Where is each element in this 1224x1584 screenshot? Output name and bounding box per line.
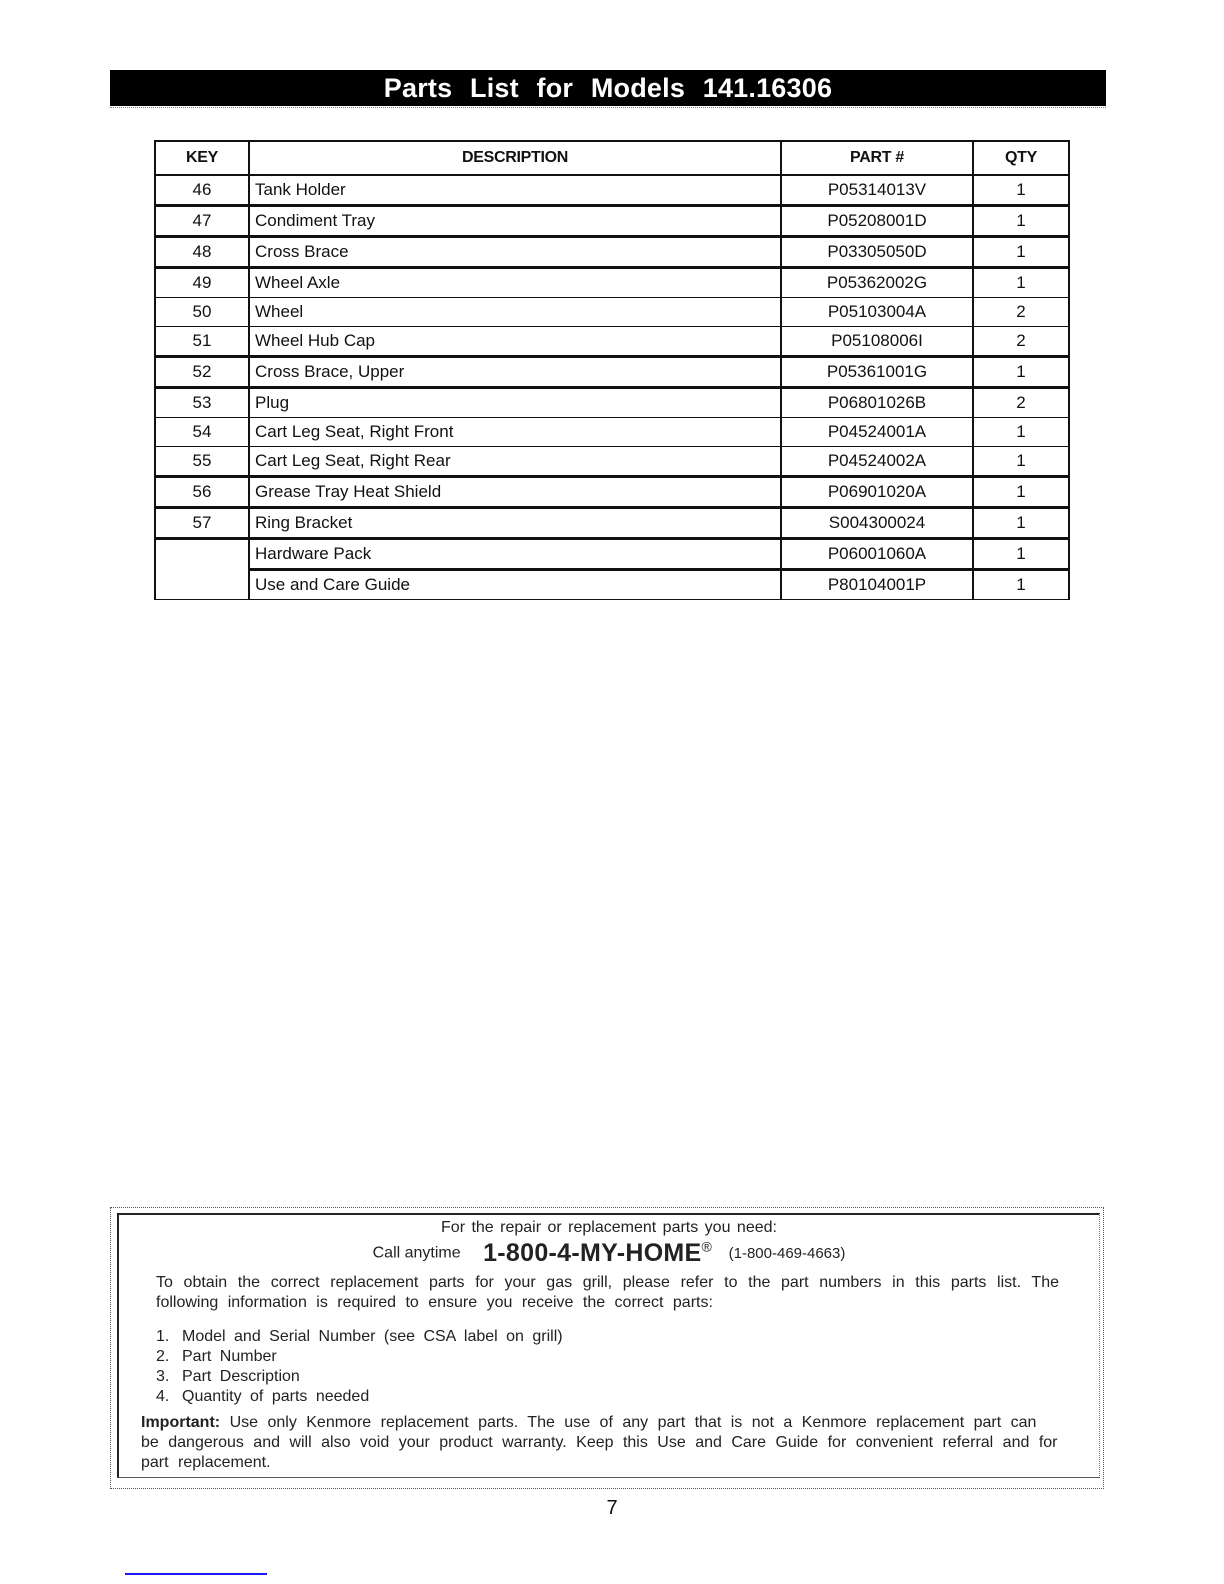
header-key: KEY [155, 141, 249, 175]
list-item: 4.Quantity of parts needed [156, 1387, 563, 1407]
table-row: 54 Cart Leg Seat, Right Front P04524001A… [155, 418, 1069, 447]
cell-qty: 1 [973, 418, 1069, 447]
cell-description: Wheel Hub Cap [249, 327, 781, 357]
cell-qty: 1 [973, 175, 1069, 206]
list-item: 3.Part Description [156, 1367, 563, 1387]
page-title: Parts List for Models 141.16306 [110, 70, 1106, 106]
cell-key: 50 [155, 298, 249, 327]
required-info-list: 1.Model and Serial Number (see CSA label… [156, 1327, 563, 1407]
table-row: 55 Cart Leg Seat, Right Rear P04524002A … [155, 447, 1069, 477]
cell-qty: 1 [973, 508, 1069, 539]
cell-part-number: P06801026B [781, 388, 973, 418]
cell-key: 54 [155, 418, 249, 447]
call-label: Call anytime [373, 1245, 461, 1262]
list-number: 1. [156, 1327, 182, 1347]
cell-key: 53 [155, 388, 249, 418]
list-text: Model and Serial Number (see CSA label o… [182, 1328, 563, 1345]
cell-part-number: P06901020A [781, 477, 973, 508]
cell-key: 51 [155, 327, 249, 357]
page-number: 7 [0, 1497, 1224, 1520]
cell-qty: 1 [973, 447, 1069, 477]
list-text: Part Description [182, 1368, 300, 1385]
cell-part-number: P80104001P [781, 570, 973, 600]
table-row: 57 Ring Bracket S004300024 1 [155, 508, 1069, 539]
cell-description: Cart Leg Seat, Right Front [249, 418, 781, 447]
table-row: 49 Wheel Axle P05362002G 1 [155, 268, 1069, 298]
table-row: 46 Tank Holder P05314013V 1 [155, 175, 1069, 206]
cell-description: Use and Care Guide [249, 570, 781, 600]
cell-qty: 1 [973, 570, 1069, 600]
important-note: Important: Use only Kenmore replacement … [141, 1413, 1059, 1473]
cell-description: Wheel Axle [249, 268, 781, 298]
cell-description: Wheel [249, 298, 781, 327]
list-number: 4. [156, 1387, 182, 1407]
table-row: 50 Wheel P05103004A 2 [155, 298, 1069, 327]
phone-number-text: 1-800-4-MY-HOME [483, 1239, 701, 1267]
cell-key: 55 [155, 447, 249, 477]
table-row: Hardware Pack P06001060A 1 [155, 539, 1069, 570]
registered-mark: ® [702, 1239, 713, 1255]
cell-key: 52 [155, 357, 249, 388]
list-number: 3. [156, 1367, 182, 1387]
cell-part-number: P05103004A [781, 298, 973, 327]
cell-qty: 2 [973, 298, 1069, 327]
cell-description: Hardware Pack [249, 539, 781, 570]
list-text: Part Number [182, 1348, 277, 1365]
cell-part-number: P05108006I [781, 327, 973, 357]
header-description: DESCRIPTION [249, 141, 781, 175]
phone-number: 1-800-4-MY-HOME® [483, 1239, 712, 1267]
cell-part-number: P05362002G [781, 268, 973, 298]
cell-description: Tank Holder [249, 175, 781, 206]
header-part-number: PART # [781, 141, 973, 175]
cell-part-number: P06001060A [781, 539, 973, 570]
cell-qty: 1 [973, 268, 1069, 298]
table-row: 52 Cross Brace, Upper P05361001G 1 [155, 357, 1069, 388]
table-row: 56 Grease Tray Heat Shield P06901020A 1 [155, 477, 1069, 508]
list-item: 2.Part Number [156, 1347, 563, 1367]
cell-description: Cross Brace, Upper [249, 357, 781, 388]
cell-key: 48 [155, 237, 249, 268]
cell-description: Ring Bracket [249, 508, 781, 539]
important-label: Important: [141, 1414, 220, 1431]
cell-description: Grease Tray Heat Shield [249, 477, 781, 508]
parts-table: KEY DESCRIPTION PART # QTY 46 Tank Holde… [154, 140, 1070, 600]
cell-key: 56 [155, 477, 249, 508]
call-line: Call anytime 1-800-4-MY-HOME® (1-800-469… [119, 1239, 1099, 1268]
cell-qty: 1 [973, 539, 1069, 570]
cell-key: 46 [155, 175, 249, 206]
cell-description: Cross Brace [249, 237, 781, 268]
cell-description: Plug [249, 388, 781, 418]
table-header-row: KEY DESCRIPTION PART # QTY [155, 141, 1069, 175]
cell-part-number: P03305050D [781, 237, 973, 268]
cell-qty: 2 [973, 388, 1069, 418]
cell-part-number: S004300024 [781, 508, 973, 539]
table-row: 53 Plug P06801026B 2 [155, 388, 1069, 418]
table-row: Use and Care Guide P80104001P 1 [155, 570, 1069, 600]
important-text: Use only Kenmore replacement parts. The … [141, 1414, 1058, 1471]
cell-key: 49 [155, 268, 249, 298]
cell-part-number: P05208001D [781, 206, 973, 237]
cell-qty: 2 [973, 327, 1069, 357]
cell-part-number: P04524002A [781, 447, 973, 477]
cell-key: 47 [155, 206, 249, 237]
cell-description: Condiment Tray [249, 206, 781, 237]
cell-qty: 1 [973, 206, 1069, 237]
table-row: 51 Wheel Hub Cap P05108006I 2 [155, 327, 1069, 357]
list-item: 1.Model and Serial Number (see CSA label… [156, 1327, 563, 1347]
replacement-parts-info-box: For the repair or replacement parts you … [117, 1213, 1100, 1478]
link-underline[interactable] [125, 1573, 267, 1575]
list-text: Quantity of parts needed [182, 1388, 369, 1405]
cell-qty: 1 [973, 237, 1069, 268]
cell-part-number: P05314013V [781, 175, 973, 206]
cell-key: 57 [155, 508, 249, 539]
cell-part-number: P04524001A [781, 418, 973, 447]
cell-qty: 1 [973, 477, 1069, 508]
header-qty: QTY [973, 141, 1069, 175]
table-row: 48 Cross Brace P03305050D 1 [155, 237, 1069, 268]
info-heading: For the repair or replacement parts you … [119, 1219, 1099, 1237]
phone-number-numeric: (1-800-469-4663) [729, 1245, 846, 1262]
cell-description: Cart Leg Seat, Right Rear [249, 447, 781, 477]
info-paragraph: To obtain the correct replacement parts … [156, 1273, 1059, 1313]
cell-part-number: P05361001G [781, 357, 973, 388]
table-row: 47 Condiment Tray P05208001D 1 [155, 206, 1069, 237]
cell-qty: 1 [973, 357, 1069, 388]
list-number: 2. [156, 1347, 182, 1367]
cell-key [155, 539, 249, 600]
